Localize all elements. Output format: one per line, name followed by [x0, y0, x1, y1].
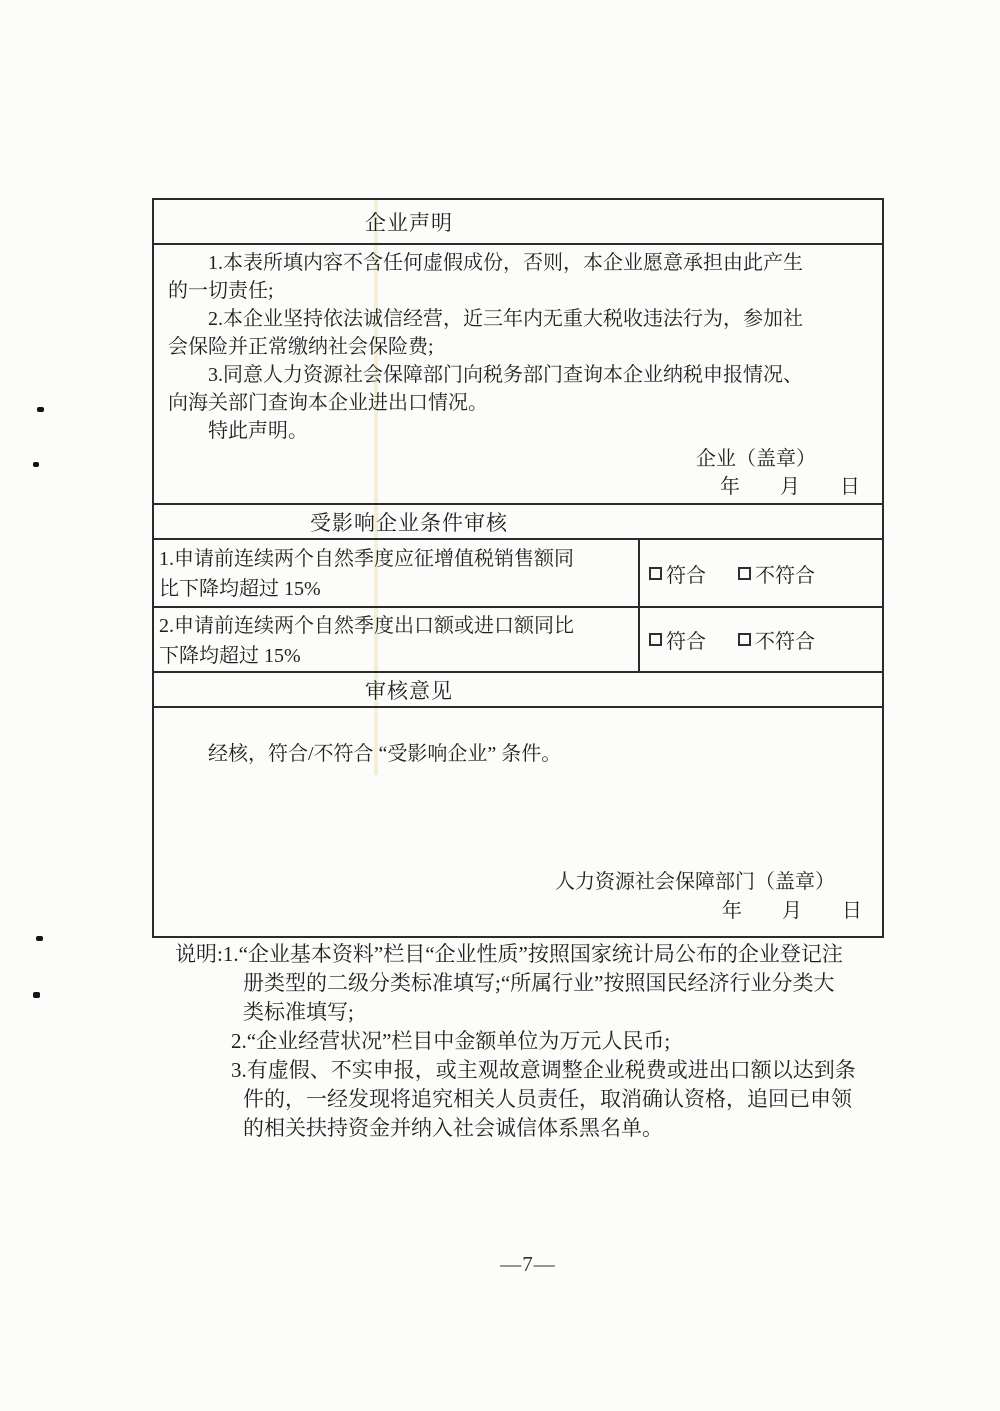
note-line: 件的，一经发现将追究相关人员责任，取消确认资格，追回已申领: [243, 1085, 895, 1114]
enterprise-date-line: 年 月 日: [168, 473, 868, 501]
authority-date-line: 年 月 日: [168, 896, 868, 926]
option-label: 不符合: [755, 559, 815, 588]
option-not-comply: 不符合: [738, 559, 815, 588]
page-number: —7—: [0, 1252, 1000, 1277]
checkbox-icon: [738, 633, 751, 646]
opinion-title: 审核意见: [365, 675, 453, 705]
option-label: 符合: [666, 625, 706, 654]
checkbox-icon: [738, 567, 751, 580]
review-row: 1.申请前连续两个自然季度应征增值税销售额同 比下降均超过 15% 符合 不符合: [154, 540, 882, 608]
criterion-text: 下降均超过 15%: [159, 641, 634, 671]
review-title: 受影响企业条件审核: [310, 507, 508, 537]
criterion-text: 1.申请前连续两个自然季度应征增值税销售额同: [159, 544, 634, 574]
review-section-header: 受影响企业条件审核: [154, 505, 882, 540]
scanned-form-page: 企业声明 1.本表所填内容不含任何虚假成份，否则，本企业愿意承担由此产生 的一切…: [0, 0, 1000, 1411]
declaration-title: 企业声明: [365, 207, 453, 237]
margin-speck: [33, 462, 39, 467]
criterion-cell: 1.申请前连续两个自然季度应征增值税销售额同 比下降均超过 15%: [154, 540, 640, 606]
margin-speck: [36, 936, 43, 941]
opinion-section-header: 审核意见: [154, 673, 882, 708]
enterprise-seal-line: 企业（盖章）: [168, 445, 868, 473]
margin-speck: [37, 407, 44, 412]
checkbox-icon: [649, 567, 662, 580]
declaration-line: 特此声明。: [168, 417, 868, 445]
declaration-line: 3.同意人力资源社会保障部门向税务部门查询本企业纳税申报情况、: [168, 361, 868, 389]
margin-speck: [33, 992, 40, 998]
authority-seal-line: 人力资源社会保障部门（盖章）: [168, 868, 868, 896]
opinion-text: 经核，符合/不符合 “受影响企业” 条件。: [168, 740, 868, 768]
note-line: 类标准填写;: [243, 998, 895, 1027]
criterion-cell: 2.申请前连续两个自然季度出口额或进口额同比 下降均超过 15%: [154, 608, 640, 671]
option-comply: 符合: [649, 625, 706, 654]
declaration-line: 2.本企业坚持依法诚信经营，近三年内无重大税收违法行为，参加社: [168, 305, 868, 333]
declaration-body: 1.本表所填内容不含任何虚假成份，否则，本企业愿意承担由此产生 的一切责任; 2…: [154, 245, 882, 505]
declaration-section-header: 企业声明: [154, 200, 882, 245]
option-not-comply: 不符合: [738, 625, 815, 654]
option-label: 符合: [666, 559, 706, 588]
note-line: 3.有虚假、不实申报，或主观故意调整企业税费或进出口额以达到条: [231, 1056, 895, 1085]
options-cell: 符合 不符合: [640, 608, 882, 671]
option-comply: 符合: [649, 559, 706, 588]
option-label: 不符合: [755, 625, 815, 654]
form-table: 企业声明 1.本表所填内容不含任何虚假成份，否则，本企业愿意承担由此产生 的一切…: [152, 198, 884, 938]
declaration-line: 1.本表所填内容不含任何虚假成份，否则，本企业愿意承担由此产生: [168, 249, 868, 277]
note-line: 的相关扶持资金并纳入社会诚信体系黑名单。: [243, 1114, 895, 1143]
opinion-body: 经核，符合/不符合 “受影响企业” 条件。 人力资源社会保障部门（盖章） 年 月…: [154, 740, 882, 968]
options-cell: 符合 不符合: [640, 540, 882, 606]
review-row: 2.申请前连续两个自然季度出口额或进口额同比 下降均超过 15% 符合 不符合: [154, 608, 882, 673]
notes-block: 说明:1.“企业基本资料”栏目“企业性质”按照国家统计局公布的企业登记注 册类型…: [175, 940, 895, 1143]
declaration-line: 会保险并正常缴纳社会保险费;: [168, 333, 868, 361]
declaration-line: 的一切责任;: [168, 277, 868, 305]
note-line: 2.“企业经营状况”栏目中金额单位为万元人民币;: [231, 1027, 895, 1056]
criterion-text: 2.申请前连续两个自然季度出口额或进口额同比: [159, 611, 634, 641]
criterion-text: 比下降均超过 15%: [159, 574, 634, 604]
declaration-line: 向海关部门查询本企业进出口情况。: [168, 389, 868, 417]
checkbox-icon: [649, 633, 662, 646]
note-line: 说明:1.“企业基本资料”栏目“企业性质”按照国家统计局公布的企业登记注: [175, 940, 895, 969]
note-line: 册类型的二级分类标准填写;“所属行业”按照国民经济行业分类大: [243, 969, 895, 998]
